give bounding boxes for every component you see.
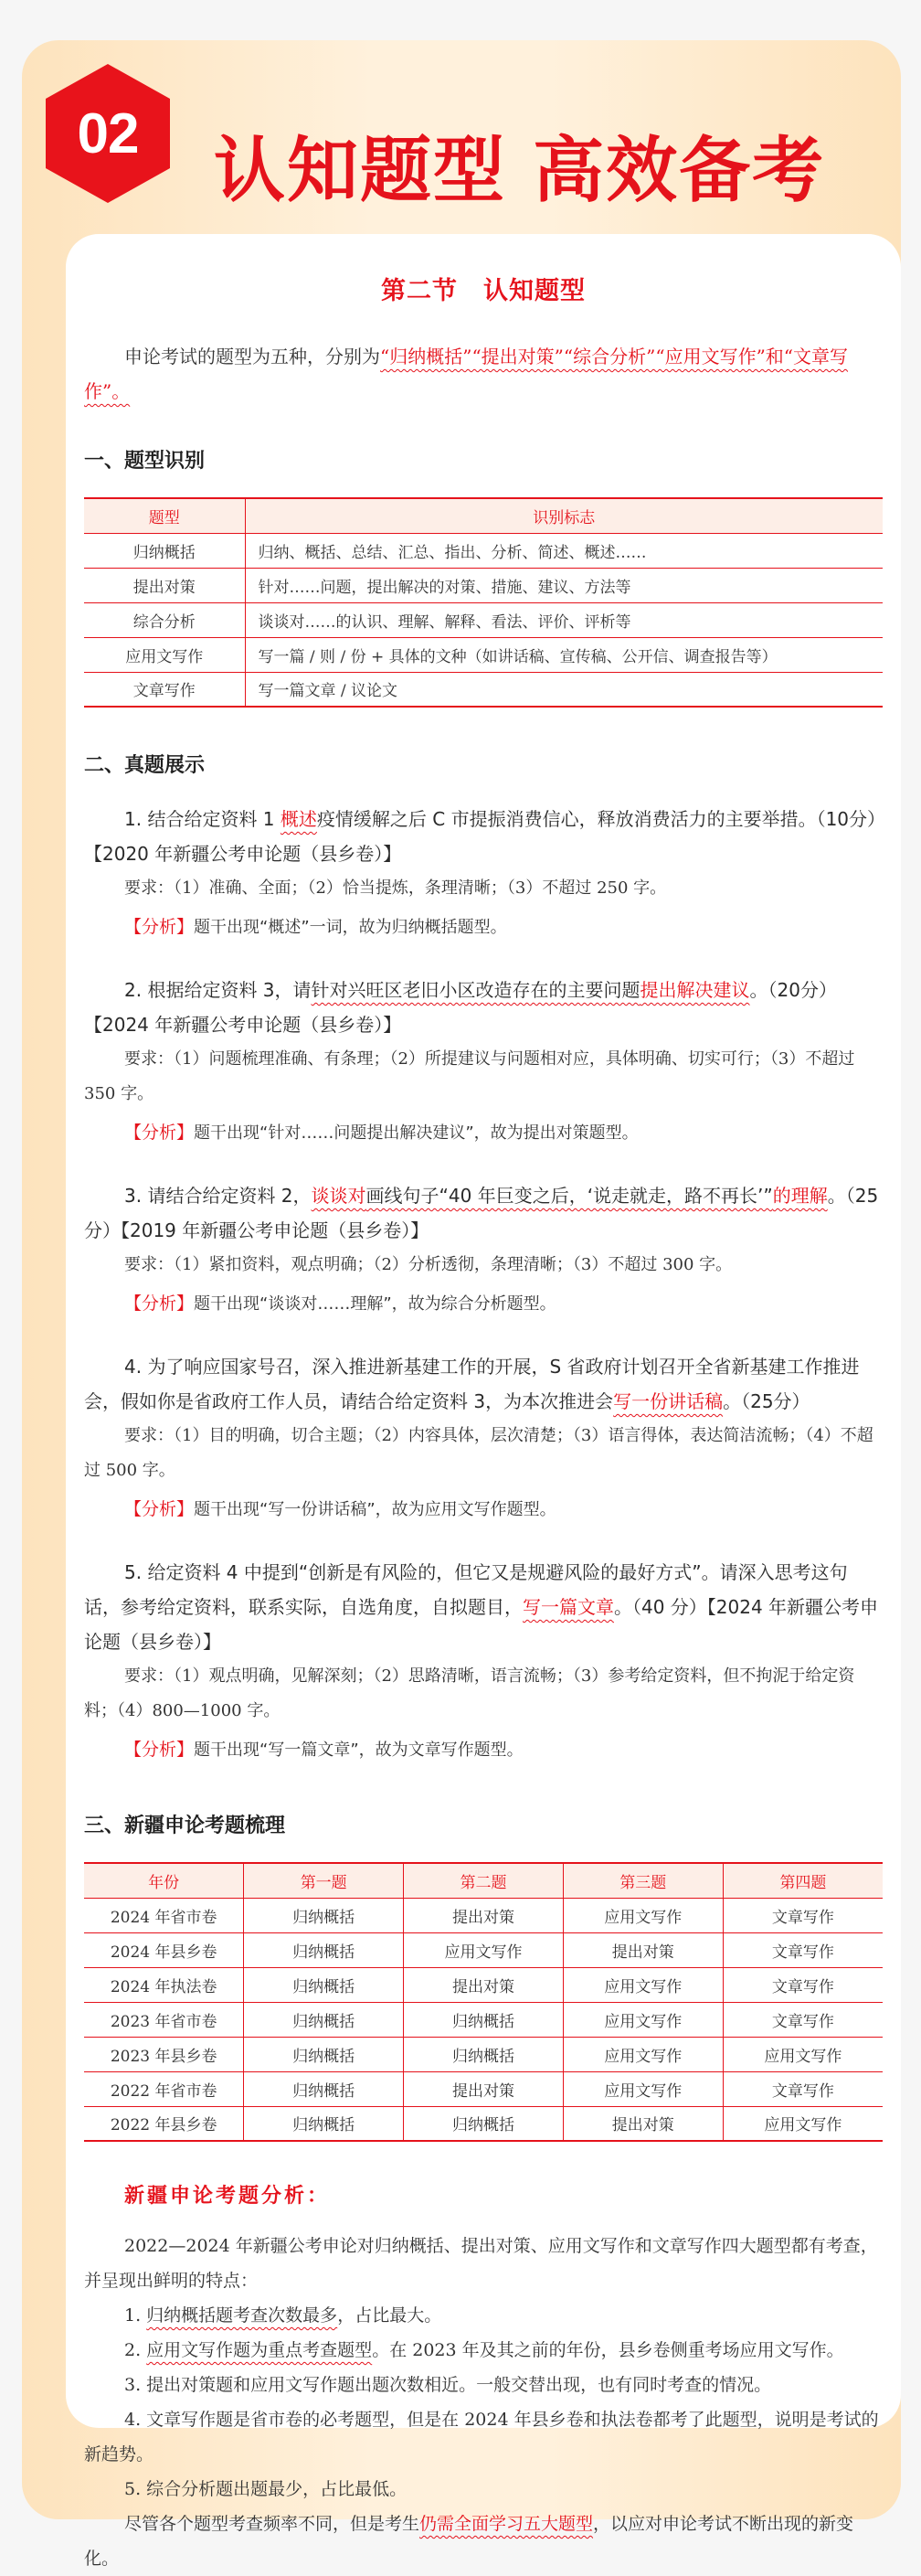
cell: 提出对策 <box>563 1932 723 1967</box>
cell: 提出对策 <box>563 2106 723 2141</box>
table-row: 2024 年执法卷归纳概括提出对策应用文写作文章写作 <box>84 1967 883 2002</box>
cell: 文章写作 <box>723 2002 883 2037</box>
table-row: 文章写作写一篇文章 / 议论文 <box>84 672 883 707</box>
cell: 综合分析 <box>84 602 245 637</box>
question-analysis: 【分析】题干出现“谈谈对……理解”，故为综合分析题型。 <box>84 1286 883 1322</box>
cell: 2024 年执法卷 <box>84 1967 244 2002</box>
cell: 应用文写作 <box>563 2037 723 2071</box>
section-title: 第二节认知题型 <box>84 271 883 306</box>
question-analysis: 【分析】题干出现“写一篇文章”，故为文章写作题型。 <box>84 1732 883 1768</box>
underlined-text: 针对兴旺区老旧小区改造存在的主要问题 <box>312 979 640 1001</box>
cell: 文章写作 <box>723 1967 883 2002</box>
keyword-highlight: 谈谈对 <box>312 1185 366 1207</box>
hexagon-badge: 02 <box>46 64 170 203</box>
cell: 提出对策 <box>404 1967 564 2002</box>
cell: 谈谈对……的认识、理解、解释、看法、评价、评析等 <box>245 602 883 637</box>
table-row: 归纳概括归纳、概括、总结、汇总、指出、分析、简述、概述…… <box>84 533 883 568</box>
cell: 写一篇 / 则 / 份 + 具体的文种（如讲话稿、宣传稿、公开信、调查报告等） <box>245 637 883 672</box>
stem-text: 2. 根据给定资料 3，请 <box>124 979 312 1001</box>
cell: 应用文写作 <box>563 2071 723 2106</box>
underlined-text: 归纳概括题考查次数最多 <box>146 2305 337 2326</box>
column-header: 题型 <box>84 498 245 533</box>
heading-xinjiang-review: 三、新疆申论考题梳理 <box>84 1810 883 1838</box>
table-row: 2022 年县乡卷归纳概括归纳概括提出对策应用文写作 <box>84 2106 883 2141</box>
xinjiang-exam-table: 年份 第一题 第二题 第三题 第四题 2024 年省市卷归纳概括提出对策应用文写… <box>84 1862 883 2142</box>
analysis-tag: 【分析】 <box>124 1740 194 1760</box>
cell: 应用文写作 <box>563 2002 723 2037</box>
cell: 文章写作 <box>723 1932 883 1967</box>
cell: 归纳概括 <box>404 2106 564 2141</box>
question-2: 2. 根据给定资料 3，请针对兴旺区老旧小区改造存在的主要问题提出解决建议。（2… <box>84 973 883 1151</box>
question-stem: 4. 为了响应国家号召，深入推进新基建工作的开展，S 省政府计划召开全省新基建工… <box>84 1349 883 1419</box>
cell: 2023 年县乡卷 <box>84 2037 244 2071</box>
stem-text: 1. 结合给定资料 1 <box>124 808 281 830</box>
analysis-point-5: 5. 综合分析题出题最少，占比最低。 <box>84 2472 883 2507</box>
keyword-highlight: 写一份讲话稿 <box>613 1390 723 1412</box>
cell: 2024 年省市卷 <box>84 1898 244 1932</box>
cell: 归纳概括 <box>244 2071 404 2106</box>
content-card: 第二节认知题型 申论考试的题型为五种，分别为“归纳概括”“提出对策”“综合分析”… <box>66 234 901 2428</box>
stem-text: 3. 请结合给定资料 2， <box>124 1185 312 1207</box>
point-number: 1. <box>124 2305 146 2326</box>
heading-type-identification: 一、题型识别 <box>84 445 883 474</box>
analysis-text: 题干出现“概述”一词，故为归纳概括题型。 <box>194 918 507 937</box>
intro-paragraph: 申论考试的题型为五种，分别为“归纳概括”“提出对策”“综合分析”“应用文写作”和… <box>84 339 883 409</box>
table-row: 应用文写作写一篇 / 则 / 份 + 具体的文种（如讲话稿、宣传稿、公开信、调查… <box>84 637 883 672</box>
cell: 针对……问题，提出解决的对策、措施、建议、方法等 <box>245 568 883 602</box>
cell: 归纳概括 <box>244 2002 404 2037</box>
analysis-point-1: 1. 归纳概括题考查次数最多，占比最大。 <box>84 2298 883 2333</box>
table-row: 2024 年县乡卷归纳概括应用文写作提出对策文章写作 <box>84 1932 883 1967</box>
page: 02 认知题型 高效备考 第二节认知题型 申论考试的题型为五种，分别为“归纳概括… <box>0 0 921 2563</box>
cell: 应用文写作 <box>563 1898 723 1932</box>
conclusion-text: 尽管各个题型考查频率不同，但是考生 <box>124 2514 419 2534</box>
analysis-tag: 【分析】 <box>124 1499 194 1519</box>
section-number: 第二节 <box>381 277 458 305</box>
point-number: 2. <box>124 2340 146 2360</box>
keyword-highlight: 仍需全面学习五大题型 <box>419 2514 593 2534</box>
cell: 文章写作 <box>723 1898 883 1932</box>
analysis-tag: 【分析】 <box>124 1293 194 1314</box>
analysis-text: 题干出现“写一份讲话稿”，故为应用文写作题型。 <box>194 1500 556 1519</box>
analysis-conclusion: 尽管各个题型考查频率不同，但是考生仍需全面学习五大题型，以应对申论考试不断出现的… <box>84 2507 883 2576</box>
question-1: 1. 结合给定资料 1 概述疫情缓解之后 C 市提振消费信心，释放消费活力的主要… <box>84 802 883 945</box>
table-header-row: 年份 第一题 第二题 第三题 第四题 <box>84 1863 883 1898</box>
cell: 归纳概括 <box>84 533 245 568</box>
point-text: 。在 2023 年及其之前的年份，县乡卷侧重考场应用文写作。 <box>372 2340 843 2360</box>
cell: 提出对策 <box>404 2071 564 2106</box>
keyword-highlight: 概述 <box>281 808 317 830</box>
question-4: 4. 为了响应国家号召，深入推进新基建工作的开展，S 省政府计划召开全省新基建工… <box>84 1349 883 1528</box>
question-stem: 2. 根据给定资料 3，请针对兴旺区老旧小区改造存在的主要问题提出解决建议。（2… <box>84 973 883 1042</box>
column-header: 第四题 <box>723 1863 883 1898</box>
question-5: 5. 给定资料 4 中提到“创新是有风险的，但它又是规避风险的最好方式”。请深入… <box>84 1555 883 1768</box>
analysis-text: 题干出现“谈谈对……理解”，故为综合分析题型。 <box>194 1294 556 1314</box>
question-requirement: 要求：（1）问题梳理准确、有条理；（2）所提建议与问题相对应，具体明确、切实可行… <box>84 1042 883 1112</box>
outer-card: 02 认知题型 高效备考 第二节认知题型 申论考试的题型为五种，分别为“归纳概括… <box>22 40 901 2519</box>
analysis-title: 新疆申论考题分析： <box>124 2180 883 2209</box>
question-analysis: 【分析】题干出现“针对……问题提出解决建议”，故为提出对策题型。 <box>84 1115 883 1151</box>
question-analysis: 【分析】题干出现“写一份讲话稿”，故为应用文写作题型。 <box>84 1492 883 1528</box>
analysis-tag: 【分析】 <box>124 1123 194 1143</box>
question-requirement: 要求：（1）准确、全面；（2）恰当提炼，条理清晰；（3）不超过 250 字。 <box>84 871 883 906</box>
cell: 归纳概括 <box>244 2106 404 2141</box>
cell: 归纳概括 <box>404 2002 564 2037</box>
cell: 归纳概括 <box>244 1898 404 1932</box>
cell: 文章写作 <box>723 2071 883 2106</box>
column-header: 第一题 <box>244 1863 404 1898</box>
underlined-text: 应用文写作题为重点考查题型 <box>146 2340 372 2360</box>
question-stem: 5. 给定资料 4 中提到“创新是有风险的，但它又是规避风险的最好方式”。请深入… <box>84 1555 883 1659</box>
table-row: 2022 年省市卷归纳概括提出对策应用文写作文章写作 <box>84 2071 883 2106</box>
question-3: 3. 请结合给定资料 2，谈谈对画线句子“40 年巨变之后，‘说走就走，路不再长… <box>84 1178 883 1322</box>
cell: 归纳、概括、总结、汇总、指出、分析、简述、概述…… <box>245 533 883 568</box>
stem-text: 。（25分） <box>723 1390 810 1412</box>
analysis-point-3: 3. 提出对策题和应用文写作题出题次数相近。一般交替出现，也有同时考查的情况。 <box>84 2368 883 2402</box>
question-analysis: 【分析】题干出现“概述”一词，故为归纳概括题型。 <box>84 910 883 945</box>
table-header-row: 题型 识别标志 <box>84 498 883 533</box>
cell: 归纳概括 <box>244 1932 404 1967</box>
analysis-text: 题干出现“写一篇文章”，故为文章写作题型。 <box>194 1740 524 1760</box>
question-requirement: 要求：（1）观点明确，见解深刻；（2）思路清晰，语言流畅；（3）参考给定资料，但… <box>84 1659 883 1729</box>
question-requirement: 要求：（1）目的明确，切合主题；（2）内容具体，层次清楚；（3）语言得体，表达简… <box>84 1419 883 1488</box>
question-requirement: 要求：（1）紧扣资料，观点明确；（2）分析透彻，条理清晰；（3）不超过 300 … <box>84 1248 883 1283</box>
table-row: 2023 年省市卷归纳概括归纳概括应用文写作文章写作 <box>84 2002 883 2037</box>
table-row: 提出对策针对……问题，提出解决的对策、措施、建议、方法等 <box>84 568 883 602</box>
cell: 2024 年县乡卷 <box>84 1932 244 1967</box>
analysis-point-2: 2. 应用文写作题为重点考查题型。在 2023 年及其之前的年份，县乡卷侧重考场… <box>84 2333 883 2368</box>
column-header: 年份 <box>84 1863 244 1898</box>
cell: 应用文写作 <box>563 1967 723 2002</box>
badge-number: 02 <box>78 101 139 166</box>
table-row: 2023 年县乡卷归纳概括归纳概括应用文写作应用文写作 <box>84 2037 883 2071</box>
cell: 应用文写作 <box>404 1932 564 1967</box>
cell: 应用文写作 <box>723 2037 883 2071</box>
column-header: 识别标志 <box>245 498 883 533</box>
analysis-point-4: 4. 文章写作题是省市卷的必考题型，但是在 2024 年县乡卷和执法卷都考了此题… <box>84 2402 883 2472</box>
analysis-text: 题干出现“针对……问题提出解决建议”，故为提出对策题型。 <box>194 1123 639 1143</box>
point-text: ，占比最大。 <box>337 2305 441 2326</box>
cell: 应用文写作 <box>84 637 245 672</box>
analysis-tag: 【分析】 <box>124 917 194 937</box>
cell: 归纳概括 <box>404 2037 564 2071</box>
heading-real-questions: 二、真题展示 <box>84 750 883 778</box>
cell: 归纳概括 <box>244 1967 404 2002</box>
analysis-intro: 2022—2024 年新疆公考申论对归纳概括、提出对策、应用文写作和文章写作四大… <box>84 2229 883 2298</box>
table-row: 2024 年省市卷归纳概括提出对策应用文写作文章写作 <box>84 1898 883 1932</box>
type-identification-table: 题型 识别标志 归纳概括归纳、概括、总结、汇总、指出、分析、简述、概述…… 提出… <box>84 497 883 708</box>
cell: 2022 年省市卷 <box>84 2071 244 2106</box>
page-title: 认知题型 高效备考 <box>214 113 890 216</box>
cell: 写一篇文章 / 议论文 <box>245 672 883 707</box>
section-name: 认知题型 <box>483 277 586 305</box>
cell: 归纳概括 <box>244 2037 404 2071</box>
cell: 提出对策 <box>404 1898 564 1932</box>
question-stem: 1. 结合给定资料 1 概述疫情缓解之后 C 市提振消费信心，释放消费活力的主要… <box>84 802 883 871</box>
underlined-text: 画线句子“40 年巨变之后，‘说走就走，路不再长’” <box>366 1185 773 1207</box>
cell: 文章写作 <box>84 672 245 707</box>
column-header: 第二题 <box>404 1863 564 1898</box>
keyword-highlight: 写一篇文章 <box>523 1596 614 1618</box>
cell: 2022 年县乡卷 <box>84 2106 244 2141</box>
intro-lead: 申论考试的题型为五种，分别为 <box>124 346 380 367</box>
cell: 2023 年省市卷 <box>84 2002 244 2037</box>
question-stem: 3. 请结合给定资料 2，谈谈对画线句子“40 年巨变之后，‘说走就走，路不再长… <box>84 1178 883 1248</box>
keyword-highlight: 提出解决建议 <box>640 979 750 1001</box>
table-row: 综合分析谈谈对……的认识、理解、解释、看法、评价、评析等 <box>84 602 883 637</box>
keyword-highlight: 的理解 <box>773 1185 828 1207</box>
cell: 应用文写作 <box>723 2106 883 2141</box>
cell: 提出对策 <box>84 568 245 602</box>
column-header: 第三题 <box>563 1863 723 1898</box>
